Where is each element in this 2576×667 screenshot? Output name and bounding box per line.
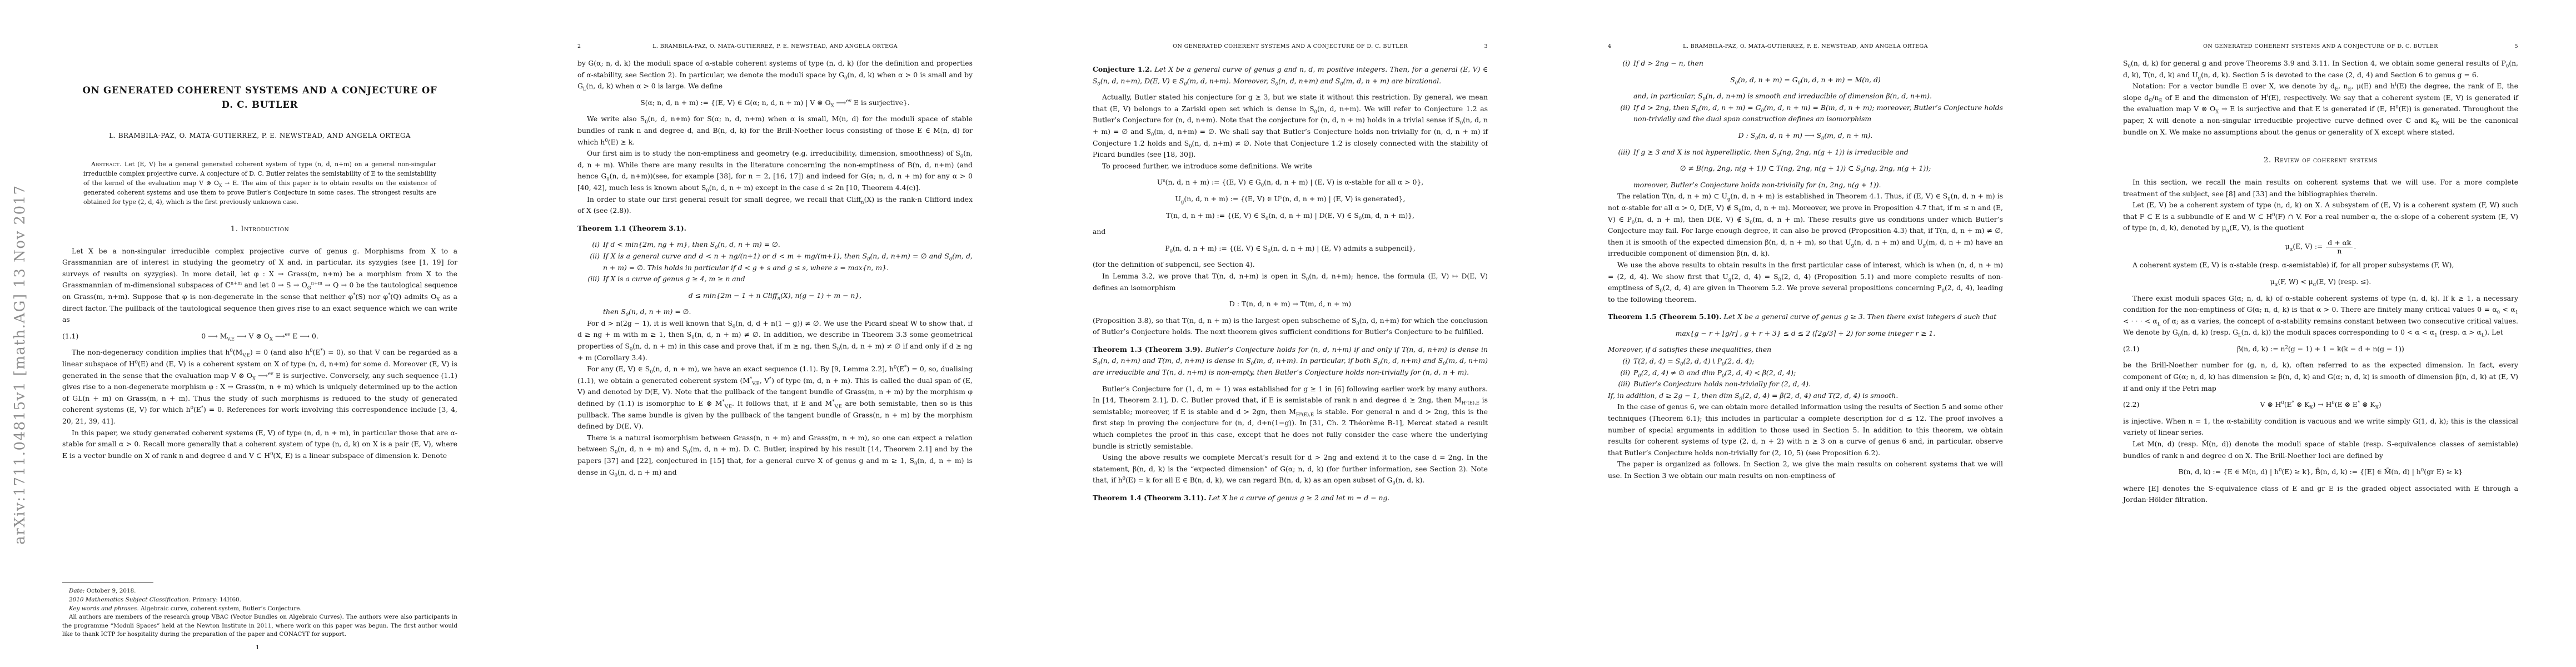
paragraph: Actually, Butler stated his conjecture f… — [1093, 92, 1488, 161]
page-1: ON GENERATED COHERENT SYSTEMS AND A CONJ… — [0, 0, 515, 667]
list-item: (ii)P0(2, d, 4) ≠ ∅ and dim P0(2, d, 4) … — [1608, 367, 2003, 379]
running-head-title: ON GENERATED COHERENT SYSTEMS AND A CONJ… — [2148, 43, 2494, 50]
running-head-title: L. BRAMBILA-PAZ, O. MATA-GUTIERREZ, P. E… — [602, 43, 948, 50]
paper-authors: L. BRAMBILA-PAZ, O. MATA-GUTIERREZ, P. E… — [62, 131, 457, 142]
continuation-line: Moreover, if d satisfies these inequalit… — [1608, 344, 2003, 356]
footnote-label: Date: — [69, 588, 84, 594]
page-number-right — [1979, 43, 2003, 50]
page-body: ON GENERATED COHERENT SYSTEMS AND A CONJ… — [62, 83, 457, 461]
paragraph: There is a natural isomorphism between G… — [577, 432, 973, 478]
display-equation: B(n, d, k) := {E ∈ M(n, d) | h0(E) ≥ k},… — [2123, 466, 2518, 478]
theorem-label: Conjecture 1.2. — [1093, 65, 1152, 73]
equation-number: (2.2) — [2123, 399, 2139, 411]
equation-number: (1.1) — [62, 331, 78, 342]
page-number-right — [948, 43, 973, 50]
paragraph: For d > n(2g − 1), it is well known that… — [577, 318, 973, 364]
footnote: Key words and phrases. Algebraic curve, … — [62, 605, 457, 614]
list-item: (i)If d > 2ng − n, then — [1608, 58, 2003, 69]
display-equation: P0(n, d, n + m) := {(E, V) ∈ S0(n, d, n … — [1093, 243, 1488, 255]
fraction: d + αkn — [2326, 239, 2353, 255]
paragraph: is injective. When n = 1, the α-stabilit… — [2123, 416, 2518, 439]
theorem-statement: Let X be a curve of genus g ≥ 2 and let … — [1207, 494, 1390, 502]
theorem-statement: Let X be a general curve of genus g ≥ 3.… — [1722, 312, 1997, 321]
list-item-marker: (i) — [1611, 356, 1630, 367]
footnote-label: 2010 Mathematics Subject Classification. — [69, 596, 191, 603]
paragraph: We use the above results to obtain resul… — [1608, 260, 2003, 305]
page-number-left: 4 — [1608, 43, 1632, 50]
theorem: Theorem 1.4 (Theorem 3.11). Let X be a c… — [1093, 492, 1488, 504]
pages-container: ON GENERATED COHERENT SYSTEMS AND A CONJ… — [0, 0, 2576, 667]
display-equation: (2.1)β(n, d, k) := n2(g − 1) + 1 − k(k −… — [2123, 344, 2518, 355]
theorem: Theorem 1.1 (Theorem 3.1). — [577, 223, 973, 235]
theorem-label: Theorem 1.5 (Theorem 5.10). — [1608, 312, 1722, 321]
paragraph: In Lemma 3.2, we prove that T(n, d, n+m)… — [1093, 271, 1488, 293]
page-body: by G(α; n, d, k) the moduli space of α-s… — [577, 0, 973, 478]
list-item-marker: (i) — [1611, 58, 1630, 69]
display-equation: Us(n, d, n + m) := {(E, V) ∈ G0(n, d, n … — [1093, 177, 1488, 188]
theorem-label: Theorem 1.4 (Theorem 3.11). — [1093, 494, 1207, 502]
footnote: All authors are members of the research … — [62, 613, 457, 639]
paragraph: Let X be a non-singular irreducible comp… — [62, 246, 457, 326]
display-equation: μα(E, V) := d + αkn. — [2123, 239, 2518, 255]
paragraph: The non-degeneracy condition implies tha… — [62, 347, 457, 427]
paragraph: Let (E, V) be a coherent system of type … — [2123, 200, 2518, 234]
footnote: 2010 Mathematics Subject Classification.… — [62, 596, 457, 605]
paragraph: In this paper, we study generated cohere… — [62, 427, 457, 462]
paragraph: The paper is organized as follows. In Se… — [1608, 459, 2003, 481]
display-equation: D : S0(n, d, n + m) ⟶ S0(m, d, n + m). — [1608, 130, 2003, 142]
list-item: (iii)Butler’s Conjecture holds non-trivi… — [1608, 379, 2003, 390]
paragraph: The relation T(n, d, n + m) ⊂ Ug(n, d, n… — [1608, 191, 2003, 260]
list-item-marker: (iii) — [1611, 379, 1630, 390]
list-item: (iii)If g ≥ 3 and X is not hyperelliptic… — [1608, 147, 2003, 158]
fraction-denominator: n — [2326, 247, 2353, 255]
theorem: Theorem 1.5 (Theorem 5.10). Let X be a g… — [1608, 311, 2003, 323]
display-equation: S(α; n, d, n + m) := {(E, V) ∈ G(α; n, d… — [577, 97, 973, 109]
paragraph: To proceed further, we introduce some de… — [1093, 161, 1488, 172]
running-head-title: ON GENERATED COHERENT SYSTEMS AND A CONJ… — [1117, 43, 1463, 50]
continuation-line: moreover, Butler’s Conjecture holds non-… — [1608, 180, 2003, 191]
fraction-numerator: d + αk — [2326, 239, 2353, 247]
theorem: Theorem 1.3 (Theorem 3.9). Butler’s Conj… — [1093, 344, 1488, 379]
footnote-label: Key words and phrases. — [69, 605, 139, 612]
list-item-marker: (ii) — [1611, 367, 1630, 379]
display-equation: μα(F, W) < μα(E, V) (resp. ≤). — [2123, 276, 2518, 288]
page-3: ON GENERATED COHERENT SYSTEMS AND A CONJ… — [1030, 0, 1546, 667]
running-head: 4L. BRAMBILA-PAZ, O. MATA-GUTIERREZ, P. … — [1608, 43, 2003, 50]
running-head: ON GENERATED COHERENT SYSTEMS AND A CONJ… — [1093, 43, 1488, 50]
paragraph: (Proposition 3.8), so that T(n, d, n + m… — [1093, 315, 1488, 338]
list-item-marker: (iii) — [1611, 147, 1630, 158]
paragraph: In the case of genus 6, we can obtain mo… — [1608, 401, 2003, 459]
page-number-left — [2123, 43, 2148, 50]
footnotes: Date: October 9, 2018.2010 Mathematics S… — [62, 583, 457, 639]
abstract: Abstract. Let (E, V) be a general genera… — [83, 160, 436, 207]
footnote: Date: October 9, 2018. — [62, 587, 457, 596]
paragraph: by G(α; n, d, k) the moduli space of α-s… — [577, 58, 973, 92]
abstract-label: Abstract. — [91, 161, 122, 168]
footnote-rule — [62, 583, 153, 583]
page-number-right: 3 — [1463, 43, 1488, 50]
running-head: ON GENERATED COHERENT SYSTEMS AND A CONJ… — [2123, 43, 2518, 50]
paragraph: where [E] denotes the S-equivalence clas… — [2123, 483, 2518, 506]
page-body: Conjecture 1.2. Let X be a general curve… — [1093, 0, 1488, 504]
page-body: (i)If d > 2ng − n, thenS0(n, d, n + m) =… — [1608, 0, 2003, 482]
equation-number: (2.1) — [2123, 344, 2139, 355]
list-item-marker: (iii) — [581, 273, 600, 285]
page-footer-number: 1 — [0, 643, 515, 653]
paragraph: Using the above results we complete Merc… — [1093, 452, 1488, 486]
paragraph: In order to state our first general resu… — [577, 194, 973, 217]
paragraph: There exist moduli spaces G(α; n, d, k) … — [2123, 293, 2518, 339]
list-item-marker: (ii) — [581, 251, 600, 262]
paragraph: Butler’s Conjecture for (1, d, m + 1) wa… — [1093, 384, 1488, 452]
list-item: (ii)If d > 2ng, then S0(m, d, n + m) = G… — [1608, 102, 2003, 125]
continuation-line: If, in addition, d ≥ 2g − 1, then dim S0… — [1608, 390, 2003, 402]
list-item-marker: (i) — [581, 239, 600, 251]
paragraph: Our first aim is to study the non-emptin… — [577, 148, 973, 193]
list-item: (ii)If X is a general curve and d < n + … — [577, 251, 973, 273]
paragraph: (for the definition of subpencil, see Se… — [1093, 259, 1488, 271]
list-item: (i)T(2, d, 4) = S0(2, d, 4) \ P0(2, d, 4… — [1608, 356, 2003, 367]
display-equation: T(n, d, n + m) := {(E, V) ∈ S0(n, d, n +… — [1093, 210, 1488, 222]
display-equation: D : T(n, d, n + m) → T(m, d, n + m) — [1093, 298, 1488, 310]
paragraph: In this section, we recall the main resu… — [2123, 177, 2518, 200]
paragraph: We write also S0(n, d, n+m) for S(α; n, … — [577, 113, 973, 148]
continuation-line: then S0(n, d, n + m) = ∅. — [577, 306, 973, 318]
theorem-label: Theorem 1.1 (Theorem 3.1). — [577, 224, 686, 232]
section-heading: 2. Review of coherent systems — [2123, 155, 2518, 167]
page-number-right: 5 — [2494, 43, 2518, 50]
continuation-line: and, in particular, S0(n, d, n+m) is smo… — [1608, 91, 2003, 102]
theorem-statement: Let X be a general curve of genus g and … — [1093, 65, 1488, 85]
paragraph: S0(n, d, k) for general g and prove Theo… — [2123, 58, 2518, 81]
theorem-label: Theorem 1.3 (Theorem 3.9). — [1093, 345, 1203, 354]
list-item: (i)If d < min{2m, ng + m}, then S0(n, d,… — [577, 239, 973, 251]
display-equation: (2.2)V ⊗ H0(E* ⊗ KX) → H0(E ⊗ E* ⊗ KX) — [2123, 399, 2518, 411]
display-equation: d ≤ min{2m − 1 + n Cliffn(X), n(g − 1) +… — [577, 290, 973, 302]
page-4: 4L. BRAMBILA-PAZ, O. MATA-GUTIERREZ, P. … — [1546, 0, 2061, 667]
paper-title: ON GENERATED COHERENT SYSTEMS AND A CONJ… — [62, 83, 457, 112]
theorem: Conjecture 1.2. Let X be a general curve… — [1093, 64, 1488, 87]
display-equation: S0(n, d, n + m) = G0(n, d, n + m) = M(n,… — [1608, 74, 2003, 86]
display-equation: (1.1)0 ⟶ MV,E ⟶ V ⊗ OX ⟶ev E ⟶ 0. — [62, 331, 457, 342]
arxiv-stamp: arXiv:1711.04815v1 [math.AG] 13 Nov 2017 — [11, 170, 29, 559]
section-heading: 1. Introduction — [62, 223, 457, 236]
display-equation: Ug(n, d, n + m) := {(E, V) ∈ Us(n, d, n … — [1093, 193, 1488, 205]
page-number-left — [1093, 43, 1117, 50]
list-item: (iii)If X is a curve of genus g ≥ 4, m ≥… — [577, 273, 973, 285]
running-head-title: L. BRAMBILA-PAZ, O. MATA-GUTIERREZ, P. E… — [1632, 43, 1979, 50]
page-2: 2L. BRAMBILA-PAZ, O. MATA-GUTIERREZ, P. … — [515, 0, 1030, 667]
list-item-marker: (ii) — [1611, 102, 1630, 114]
page-5: ON GENERATED COHERENT SYSTEMS AND A CONJ… — [2061, 0, 2576, 667]
paragraph: and — [1093, 226, 1488, 238]
page-number-left: 2 — [577, 43, 602, 50]
display-equation: max{g − r + ⌊g/r⌋ , g + r + 3} ≤ d ≤ 2 (… — [1608, 328, 2003, 340]
paragraph: For any (E, V) ∈ S0(n, d, n + m), we hav… — [577, 364, 973, 432]
paragraph: Notation: For a vector bundle E over X, … — [2123, 81, 2518, 138]
paragraph: Let M(n, d) (resp. M̃(n, d)) denote the … — [2123, 439, 2518, 461]
paragraph: be the Brill-Noether number for (g, n, d… — [2123, 360, 2518, 394]
running-head: 2L. BRAMBILA-PAZ, O. MATA-GUTIERREZ, P. … — [577, 43, 973, 50]
display-equation: ∅ ≠ B(ng, 2ng, n(g + 1)) ⊂ T(ng, 2ng, n(… — [1608, 163, 2003, 175]
page-body: S0(n, d, k) for general g and prove Theo… — [2123, 0, 2518, 506]
paragraph: A coherent system (E, V) is α-stable (re… — [2123, 260, 2518, 271]
